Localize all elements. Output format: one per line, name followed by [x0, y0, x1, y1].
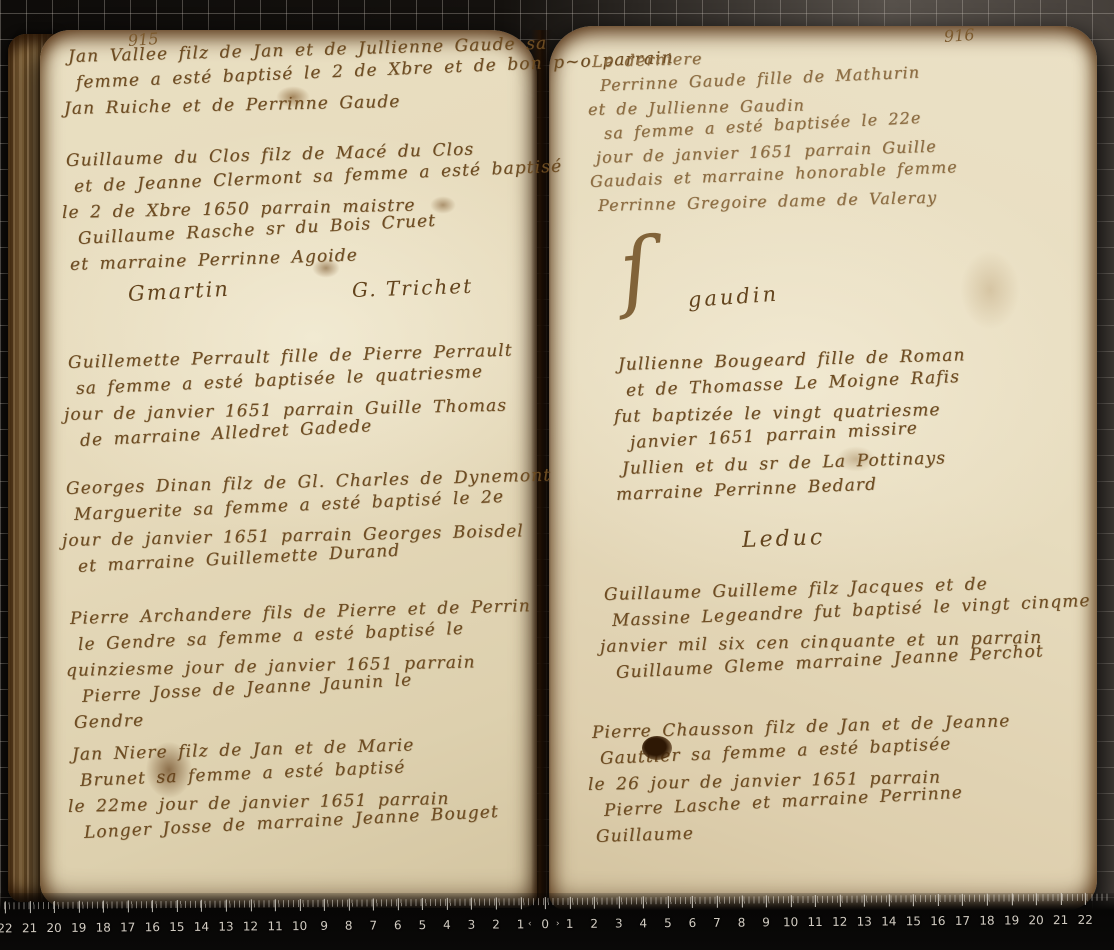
ruler-tick	[103, 901, 104, 913]
ruler-tick	[5, 901, 6, 913]
ruler-numbers: ‹ › 222120191817161514131211109876543210…	[0, 889, 1114, 950]
ruler-number: 11	[807, 915, 822, 929]
ruler-tick	[349, 899, 350, 911]
ruler-tick	[1036, 893, 1037, 905]
signature: G. Trichet	[352, 274, 474, 302]
ruler-number: 5	[418, 918, 426, 932]
ruler-tick	[569, 897, 570, 909]
ruler-number: 13	[857, 915, 872, 929]
ruler-number: 12	[243, 919, 258, 933]
ruler-tick	[766, 895, 767, 907]
ruler-number: 17	[120, 920, 135, 934]
baptism-entry: Jullienne Bougeard fille de Romanet de T…	[612, 352, 966, 508]
ruler-tick	[1011, 893, 1012, 905]
photographic-scale-ruler: ‹ › 222120191817161514131211109876543210…	[0, 893, 1114, 950]
folio-number-right: 916	[943, 25, 975, 46]
ruler-tick	[128, 900, 129, 912]
ruler-number: 22	[1077, 913, 1092, 927]
ruler-number: 11	[267, 919, 282, 933]
ruler-number: 19	[71, 921, 86, 935]
baptism-entry: Pierre Archandere fils de Pierre et de P…	[64, 606, 531, 736]
ruler-tick	[373, 898, 374, 910]
ruler-tick	[864, 895, 865, 907]
ruler-tick	[250, 899, 251, 911]
ruler-tick	[275, 899, 276, 911]
ruler-tick	[717, 896, 718, 908]
ruler-zero-arrow: ‹	[528, 919, 532, 929]
ruler-number: 0	[541, 917, 549, 931]
ruler-number: 1	[517, 917, 525, 931]
baptism-entry: Le dernierePerrinne Gaude fille de Mathu…	[586, 50, 958, 218]
ruler-tick	[54, 901, 55, 913]
ruler-tick	[692, 896, 693, 908]
ruler-number: 4	[443, 918, 451, 932]
ruler-number: 18	[96, 921, 111, 935]
ruler-tick	[398, 898, 399, 910]
ruler-tick	[913, 894, 914, 906]
ruler-tick	[520, 897, 521, 909]
ruler-number: 9	[762, 915, 770, 929]
ruler-tick	[668, 896, 669, 908]
ruler-tick	[619, 897, 620, 909]
manuscript-photo: 915 916 Jan Vallee filz de Jan et de Jul…	[0, 0, 1114, 950]
ruler-number: 22	[0, 921, 13, 935]
ruler-number: 13	[218, 920, 233, 934]
ruler-number: 19	[1004, 913, 1019, 927]
ruler-tick	[987, 894, 988, 906]
ruler-number: 10	[292, 919, 307, 933]
ruler-number: 10	[783, 915, 798, 929]
ruler-number: 6	[394, 918, 402, 932]
ruler-number: 17	[955, 914, 970, 928]
ruler-minor-ticks	[4, 894, 1110, 910]
ruler-number: 15	[169, 920, 184, 934]
ruler-tick	[447, 898, 448, 910]
ruler-number: 18	[979, 914, 994, 928]
ruler-number: 20	[1028, 913, 1043, 927]
ruler-number: 20	[46, 921, 61, 935]
ruler-number: 4	[639, 916, 647, 930]
ruler-number: 14	[194, 920, 209, 934]
ruler-number: 8	[345, 919, 353, 933]
ruler-tick	[594, 897, 595, 909]
ruler-tick	[790, 895, 791, 907]
baptism-entry: Pierre Chausson filz de Jan et de Jeanne…	[586, 720, 1011, 850]
ruler-number: 7	[713, 916, 721, 930]
ruler-tick	[962, 894, 963, 906]
ruler-number: 15	[906, 914, 921, 928]
ruler-number: 5	[664, 916, 672, 930]
signature: Leduc	[742, 525, 826, 553]
ruler-number: 12	[832, 915, 847, 929]
baptism-entry: Guillaume Guilleme filz Jacques et deMas…	[598, 582, 1091, 686]
folio-number-left: 915	[127, 29, 159, 50]
baptism-entry: Guillemette Perrault fille de Pierre Per…	[62, 350, 513, 454]
baptism-entry: Jan Niere filz de Jan et de MarieBrunet …	[66, 742, 499, 846]
ruler-zero-arrow: ›	[556, 919, 560, 929]
baptism-entry: Guillaume du Clos filz de Macé du Closet…	[60, 148, 563, 278]
ruler-number: 6	[689, 916, 697, 930]
ruler-tick	[201, 900, 202, 912]
ruler-tick	[889, 894, 890, 906]
ruler-tick	[299, 899, 300, 911]
baptism-entry: Jan Vallee filz de Jan et de Jullienne G…	[62, 44, 674, 122]
ruler-number: 21	[1053, 913, 1068, 927]
ruler-tick	[1085, 893, 1086, 905]
ruler-tick	[839, 895, 840, 907]
ruler-tick	[152, 900, 153, 912]
ruler-tick	[938, 894, 939, 906]
ruler-tick	[643, 896, 644, 908]
ruler-tick	[324, 899, 325, 911]
ruler-tick	[815, 895, 816, 907]
ruler-number: 8	[738, 916, 746, 930]
ruler-number: 2	[492, 917, 500, 931]
ruler-tick	[226, 900, 227, 912]
ruler-number: 16	[145, 920, 160, 934]
ruler-tick	[545, 897, 546, 909]
ruler-number: 21	[22, 921, 37, 935]
ruler-tick	[177, 900, 178, 912]
ruler-tick	[496, 897, 497, 909]
ruler-tick	[741, 896, 742, 908]
ruler-number: 3	[615, 916, 623, 930]
ruler-tick	[422, 898, 423, 910]
ruler-number: 1	[566, 917, 574, 931]
ruler-tick	[78, 901, 79, 913]
ruler-number: 3	[468, 918, 476, 932]
ruler-number: 14	[881, 914, 896, 928]
ruler-number: 9	[320, 919, 328, 933]
ruler-tick	[29, 901, 30, 913]
ruler-number: 2	[590, 917, 598, 931]
baptism-entry: Georges Dinan filz de Gl. Charles de Dyn…	[60, 476, 551, 580]
ruler-tick	[471, 898, 472, 910]
ruler-number: 16	[930, 914, 945, 928]
ruler-number: 7	[369, 918, 377, 932]
ruler-tick	[1060, 893, 1061, 905]
